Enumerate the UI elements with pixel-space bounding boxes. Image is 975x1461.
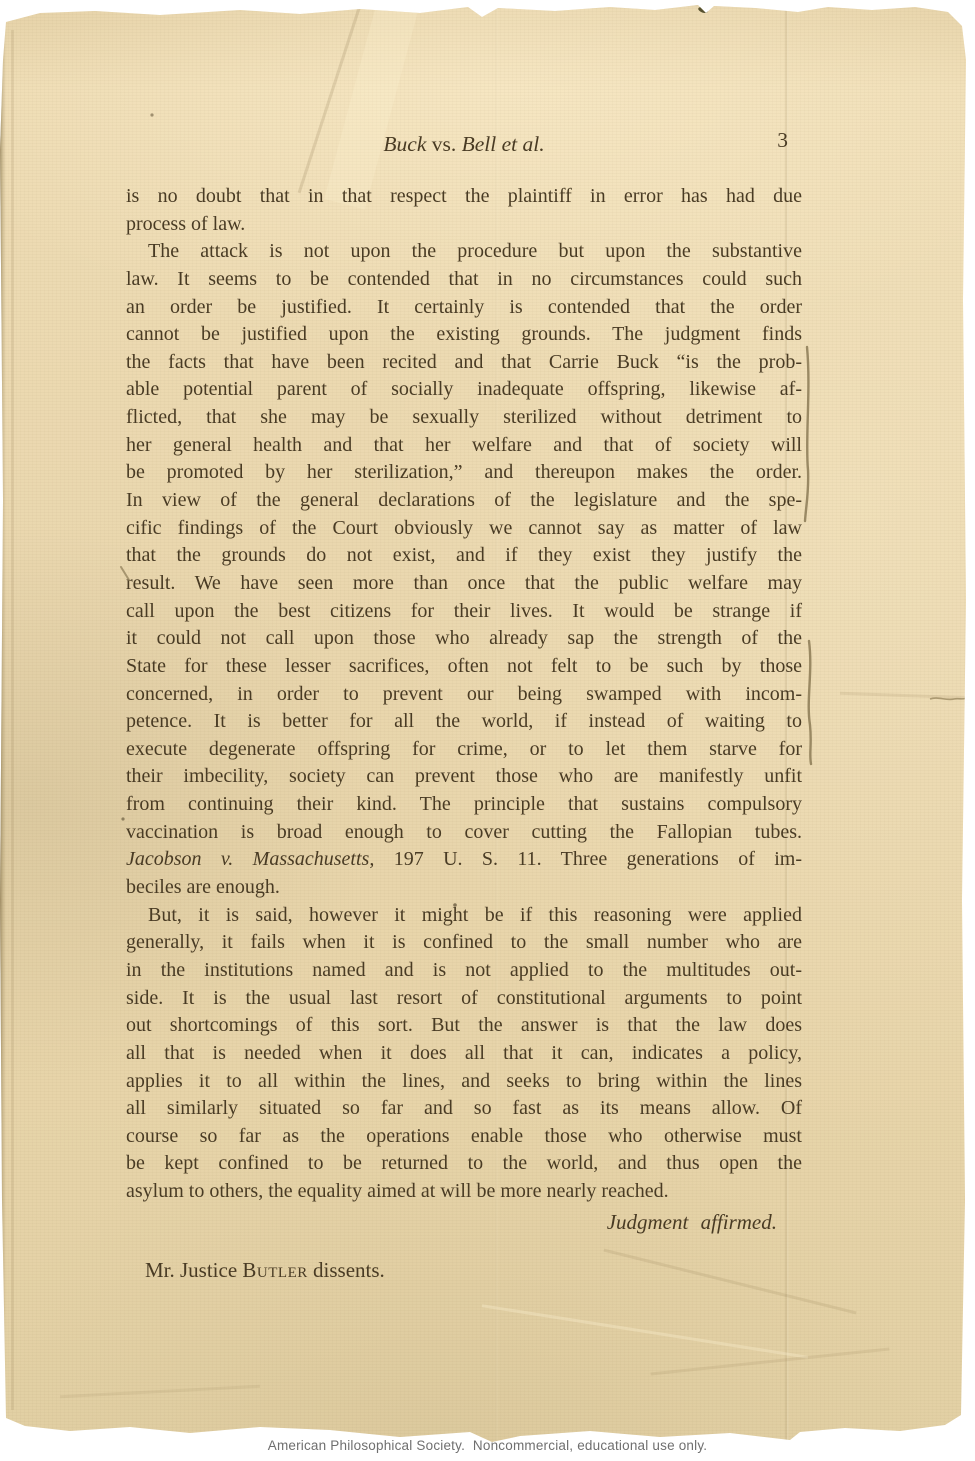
text-line: her general health and that her welfare … <box>126 432 802 460</box>
text-line: side. It is the usual last resort of con… <box>126 985 802 1013</box>
text-line: beciles are enough. <box>126 874 802 902</box>
pencil-margin-mark-upper <box>805 347 808 521</box>
text-line: cannot be justified upon the existing gr… <box>126 321 802 349</box>
scanned-page: Buck vs. Bell et al. 3 is no doubt that … <box>0 0 975 1461</box>
text-line: out shortcomings of this sort. But the a… <box>126 1012 802 1040</box>
paper-crease-bottom-3 <box>651 1347 890 1375</box>
ink-speck-upper-left <box>150 113 153 116</box>
case-title: Buck vs. Bell et al. <box>383 132 544 156</box>
text-line: an order be justified. It certainly is c… <box>126 294 802 322</box>
text-line: law. It seems to be contended that in no… <box>126 266 802 294</box>
text-line: be promoted by her sterilization,” and t… <box>126 459 802 487</box>
page-number: 3 <box>777 125 788 155</box>
text-line: in the institutions named and is not app… <box>126 957 802 985</box>
text-line: petence. It is better for all the world,… <box>126 708 802 736</box>
text-line: is no doubt that in that respect the pla… <box>126 183 802 211</box>
text-line: be kept confined to be returned to the w… <box>126 1150 802 1178</box>
dissent-prefix: Mr. Justice <box>145 1258 242 1282</box>
text-line: from continuing their kind. The principl… <box>126 791 802 819</box>
footer-credit: American Philosophical Society. Noncomme… <box>0 1438 975 1453</box>
text-line: In view of the general declarations of t… <box>126 487 802 515</box>
text-line: all that is needed when it does all that… <box>126 1040 802 1068</box>
text-line: cific findings of the Court obviously we… <box>126 515 802 543</box>
paper-crease-top-left <box>298 0 366 193</box>
paper-crease-bottom-1 <box>603 1249 856 1315</box>
paper-crease-left-edge <box>11 30 14 1410</box>
text-line: Jacobson v. Massachusetts, 197 U. S. 11.… <box>126 846 802 874</box>
running-header: Buck vs. Bell et al. 3 <box>126 129 802 159</box>
text-line: result. We have seen more than once that… <box>126 570 802 598</box>
text-line: applies it to all within the lines, and … <box>126 1068 802 1096</box>
paper-crease-bottom-4 <box>60 1385 260 1398</box>
judgment-line: Judgment affirmed. <box>126 1210 777 1235</box>
dark-fleck-top-edge <box>697 6 708 14</box>
text-line: process of law. <box>126 211 802 239</box>
text-line: asylum to others, the equality aimed at … <box>126 1178 802 1206</box>
text-line: generally, it fails when it is confined … <box>126 929 802 957</box>
text-line: the facts that have been recited and tha… <box>126 349 802 377</box>
text-line: that the grounds do not exist, and if th… <box>126 542 802 570</box>
text-line: all similarly situated so far and so fas… <box>126 1095 802 1123</box>
text-line: able potential parent of socially inadeq… <box>126 376 802 404</box>
paper-crease-top-left-light <box>324 0 422 210</box>
text-line: But, it is said, however it might be if … <box>126 902 802 930</box>
paper-crease-bottom-2 <box>482 1304 808 1359</box>
dissent-line: Mr. Justice Butler dissents. <box>145 1258 385 1283</box>
text-line: State for these lesser sacrifices, often… <box>126 653 802 681</box>
text-line: flicted, that she may be sexually steril… <box>126 404 802 432</box>
text-line: concerned, in order to prevent our being… <box>126 681 802 709</box>
dissent-suffix: dissents. <box>308 1258 385 1282</box>
text-line: their imbecility, society can prevent th… <box>126 763 802 791</box>
text-line: course so far as the operations enable t… <box>126 1123 802 1151</box>
text-line: vaccination is broad enough to cover cut… <box>126 819 802 847</box>
paper-sheet: Buck vs. Bell et al. 3 is no doubt that … <box>0 0 975 1461</box>
text-line: execute degenerate offspring for crime, … <box>126 736 802 764</box>
paper-crease-mid-right <box>840 692 970 700</box>
text-line: it could not call upon those who already… <box>126 625 802 653</box>
dissent-justice-name: Butler <box>242 1258 307 1282</box>
paper-crack-right-edge <box>930 698 966 699</box>
text-line: call upon the best citizens for their li… <box>126 598 802 626</box>
pencil-margin-mark-lower <box>809 641 811 764</box>
text-block: is no doubt that in that respect the pla… <box>126 183 802 1206</box>
text-line: The attack is not upon the procedure but… <box>126 238 802 266</box>
ink-speck-left-margin <box>121 817 124 820</box>
